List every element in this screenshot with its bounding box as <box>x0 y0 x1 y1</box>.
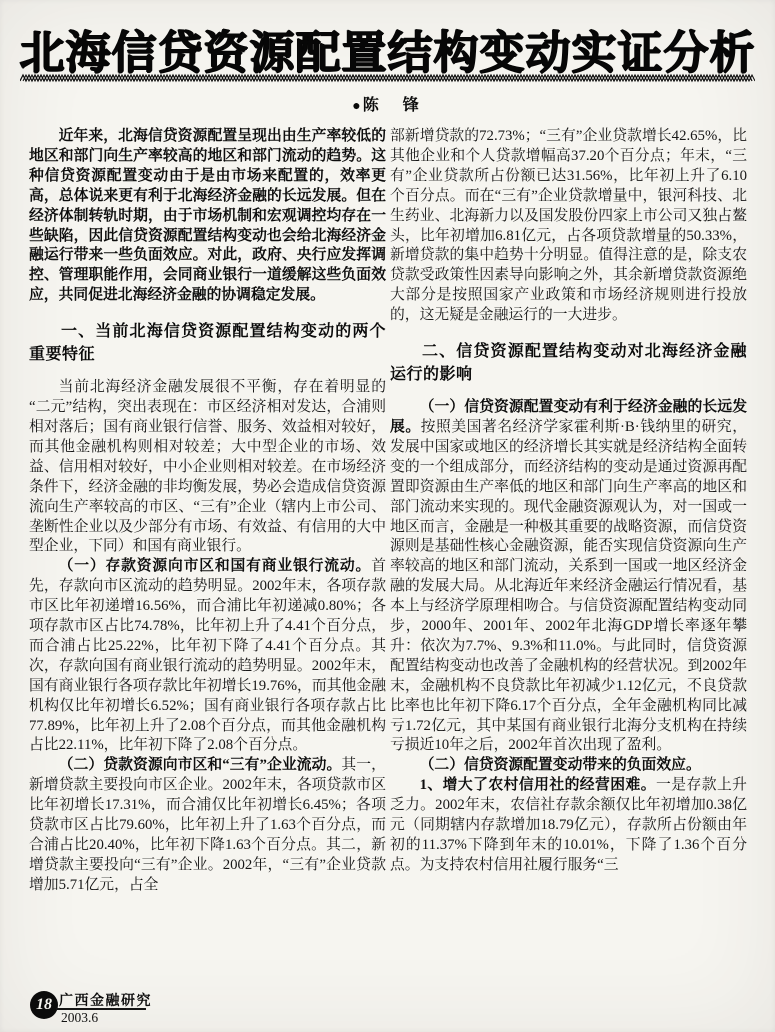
left-column: 近年来，北海信贷资源配置呈现出由生产率较低的地区和部门向生产率较高的地区和部门流… <box>29 127 386 969</box>
paragraph: （一）信贷资源配置变动有利于经济金融的长远发展。按照美国著名经济学家霍利斯·B·… <box>390 398 747 756</box>
paragraph: 1、增大了农村信用社的经营困难。一是存款上升乏力。2002年末，农信社存款余额仅… <box>390 776 747 876</box>
section-heading-text: 一、当前北海信贷资源配置结构变动的两个重要特征 <box>29 323 386 363</box>
paragraph-text: 按照美国著名经济学家霍利斯·B·钱纳里的研究，发展中国家或地区的经济增长其实就是… <box>390 419 747 754</box>
author-name: 陈 锋 <box>363 97 423 114</box>
right-column: 部新增贷款的72.73%；“三有”企业贷款增长42.65%，比其他企业和个人贷款… <box>390 127 747 969</box>
paragraph-text: 当前北海经济金融发展很不平衡，存在着明显的“二元”结构，突出表现在：市区经济相对… <box>29 379 386 554</box>
journal-issue: 2003.6 <box>61 1010 98 1026</box>
paragraph-text: 首先，存款向市区流动的趋势明显。2002年末，各项存款市区比年初递增16.56%… <box>29 558 386 753</box>
paragraph-lead: 1、增大了农村信用社的经营困难。 <box>420 777 656 793</box>
paragraph-text: 部新增贷款的72.73%；“三有”企业贷款增长42.65%，比其他企业和个人贷款… <box>390 128 747 323</box>
journal-page: 北海信贷资源配置结构变动实证分析 ●陈 锋 近年来，北海信贷资源配置呈现出由生产… <box>0 0 775 1032</box>
paragraph: （一）存款资源向市区和国有商业银行流动。首先，存款向市区流动的趋势明显。2002… <box>29 557 386 756</box>
paragraph-text: 近年来，北海信贷资源配置呈现出由生产率较低的地区和部门向生产率较高的地区和部门流… <box>29 128 386 303</box>
page-number-badge: 18 <box>30 991 58 1019</box>
article-title: 北海信贷资源配置结构变动实证分析 <box>0 16 775 81</box>
paragraph: 近年来，北海信贷资源配置呈现出由生产率较低的地区和部门向生产率较高的地区和部门流… <box>29 127 386 306</box>
paragraph-text: 其一，新增贷款主要投向市区企业。2002年末，各项贷款市区比年初增长17.31%… <box>29 757 386 892</box>
section-heading: 一、当前北海信贷资源配置结构变动的两个重要特征 <box>29 320 386 366</box>
paragraph: （二）信贷资源配置变动带来的负面效应。 <box>390 756 747 776</box>
author-bullet-icon: ● <box>352 97 362 113</box>
author-line: ●陈 锋 <box>0 92 775 115</box>
paragraph-lead: （二）贷款资源向市区和“三有”企业流动。 <box>59 757 342 773</box>
section-heading-text: 二、信贷资源配置结构变动对北海经济金融运行的影响 <box>390 343 747 383</box>
paragraph-lead: （二）信贷资源配置变动带来的负面效应。 <box>420 757 701 773</box>
paragraph: 部新增贷款的72.73%；“三有”企业贷款增长42.65%，比其他企业和个人贷款… <box>390 127 747 326</box>
paragraph-lead: （一）存款资源向市区和国有商业银行流动。 <box>59 558 372 574</box>
section-heading: 二、信贷资源配置结构变动对北海经济金融运行的影响 <box>390 340 747 386</box>
paragraph: （二）贷款资源向市区和“三有”企业流动。其一，新增贷款主要投向市区企业。2002… <box>29 756 386 895</box>
zigzag-divider <box>20 73 755 83</box>
journal-name: 广西金融研究 <box>59 990 152 1010</box>
paragraph: 当前北海经济金融发展很不平衡，存在着明显的“二元”结构，突出表现在：市区经济相对… <box>29 378 386 557</box>
